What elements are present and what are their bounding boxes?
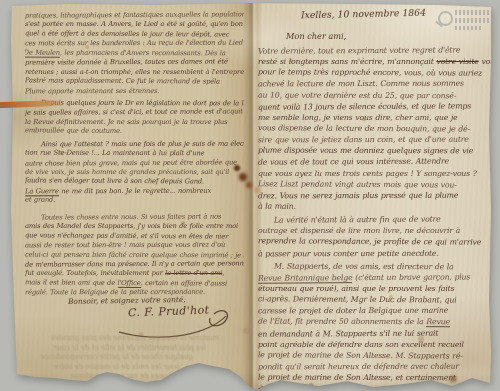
struck-phrase: la lettre d'un ami: [165, 269, 222, 277]
handwriting-text: celui-ci qui pensera bien fâché croire q…: [25, 250, 244, 259]
handwriting-line: au 10, que votre dernière est du 25, que…: [258, 90, 494, 102]
handwriting-line: Votre dernière, tout en exprimant votre …: [258, 46, 494, 58]
handwriting-text: autre chose bien plus grave, mais qui ne…: [25, 158, 237, 167]
handwriting-text: mais il est bien ami que de: [25, 278, 118, 287]
handwriting-paragraph: pratiques, lithographiques et fantastiqu…: [25, 11, 244, 96]
handwriting-text: sire que vous le jetiez dans un coin, et…: [258, 135, 469, 145]
handwriting-text: faudra s'en déloger tout livre à son che…: [25, 177, 204, 186]
handwriting-text: quent voilà 13 jours de silence écoulés,…: [258, 101, 471, 111]
handwriting-text: achevé la lecture de mon Liszt. Comme no…: [258, 79, 464, 89]
handwriting-text: ,: [222, 269, 224, 277]
handwriting-line: s'est portée en masse. A Anvers, le Lied…: [25, 20, 244, 29]
handwriting-text: à la main.: [258, 202, 296, 211]
underlined-phrase: l'Office: [117, 279, 140, 288]
handwriting-line: La vérité n'étant là à autre fin que de …: [258, 214, 494, 227]
handwriting-text: resté si longtemps sans m'écrire, m'anno…: [258, 57, 436, 66]
handwriting-text: Pastré mais applaudissement. Ce fut le m…: [25, 76, 220, 85]
handwriting-line: tion rue Ste-Denise !... La maintenant à…: [25, 149, 244, 159]
handwriting-text: drez. Vous ne serez jamais plus pressé q…: [258, 191, 458, 201]
handwriting-text: de vous et de tout ce qui vous intéresse…: [258, 157, 449, 167]
handwriting-text: Toutes les choses entre nous. Si vous fa…: [41, 212, 221, 221]
handwriting-line: et grand.: [25, 196, 244, 206]
handwriting-text: tion rue Ste-Denise !... La maintenant à…: [25, 149, 204, 158]
underlined-phrase: Revue: [426, 318, 450, 328]
handwriting-text: Ainsi que l'attestat ? mais une fois de …: [41, 139, 244, 148]
handwriting-line: étourneau que roué), ainsi que le prouve…: [258, 284, 494, 295]
handwriting-text: Lisez Liszt pendant vingt autres mois qu…: [258, 179, 457, 189]
handwriting-text: de l'État, fit prendre 50 abonnements de…: [258, 317, 426, 327]
struck-phrase: votre visite: [436, 57, 478, 66]
handwriting-text: en demandant à M. Stappaerts s'il ne lui…: [258, 328, 438, 338]
handwriting-line: fut aveuglé. Toutefois, inévitablement p…: [25, 269, 244, 278]
handwriting-text: Votre dernière, tout en exprimant votre …: [258, 46, 460, 56]
handwriting-text: s'est portée en masse. A Anvers, le Lied…: [25, 20, 243, 28]
handwriting-line: drez. Vous ne serez jamais plus pressé q…: [258, 190, 494, 202]
handwriting-line: achevé la lecture de mon Liszt. Comme no…: [258, 79, 494, 91]
handwriting-text: vous dispense de la lecture de mon bouqu…: [258, 123, 470, 133]
bleedthrough-line: quelque chose de la petite correspondanc…: [14, 353, 219, 363]
handwriting-text: et grand.: [25, 196, 55, 204]
handwriting-text: Plume apporte maintenant ses étrennes.: [25, 86, 159, 94]
handwriting-text: étourneau que roué), ainsi que le prouve…: [258, 284, 454, 293]
handwriting-text: que vous ayez lu mes trois cents pages !…: [258, 169, 477, 178]
handwriting-text: quel a été offert à des demoiselles le j…: [25, 29, 229, 38]
handwriting-text: aussi de rester tout bien-être ! mais pu…: [25, 241, 225, 250]
handwriting-line: Pastré mais applaudissement. Ce fut le m…: [25, 76, 244, 87]
handwriting-line: Plume apporte maintenant ses étrennes.: [25, 86, 244, 96]
handwriting-text: amis des Mandel des Stappaerts, j'y vois…: [25, 222, 238, 230]
watermark-logo: [436, 8, 494, 36]
handwriting-line: Lisez Liszt pendant vingt autres mois qu…: [258, 179, 494, 192]
handwriting-line: reprendre la correspondance, je profite …: [258, 237, 494, 250]
bleedthrough-line: votre tout dévoué serviteur et ami: [14, 382, 219, 391]
handwriting-paragraph: Toutes les choses entre nous. Si vous fa…: [25, 213, 244, 298]
watermark-text-bar: [455, 26, 481, 30]
handwriting-paragraph: La vérité n'étant là à autre fin que de …: [258, 215, 494, 260]
handwriting-line: pondit qu'il serait heureux de défendre …: [258, 362, 494, 374]
handwriting-text: reprendre la correspondance, je profite …: [258, 237, 481, 247]
handwriting-text: ces mots écrits sur les banderolles : Au…: [25, 39, 243, 48]
handwriting-text: me semble long, je viens vous dire, cher…: [258, 113, 458, 122]
letter-paper: Ixelles, 10 novembre 1864 Mon cher ami, …: [0, 0, 500, 391]
handwriting-text: pondit qu'il serait heureux de défendre …: [258, 362, 459, 372]
handwriting-text: au 10, que votre dernière est du 25, que…: [258, 90, 456, 100]
left-page: pratiques, lithographiques et fantastiqu…: [25, 11, 244, 303]
handwriting-text: première visite donnée à Bruxelles, tout…: [25, 58, 228, 67]
handwriting-text: la Revue définitivement. Je ne sais pour…: [25, 118, 227, 126]
bleedthrough-line: les plus honorables de la ville et de la…: [14, 344, 219, 354]
photo-frame: Ixelles, 10 novembre 1864 Mon cher ami, …: [0, 0, 500, 391]
handwriting-text: caresse le projet de doter la Belgique u…: [258, 306, 448, 316]
handwriting-line: Revue Britannique belge (c'étant un brav…: [258, 272, 494, 285]
handwriting-text: votre lettre: [479, 57, 494, 66]
handwriting-text: embrouillée que de coutume.: [25, 127, 122, 136]
handwriting-line: que vous ayez lu mes trois cents pages !…: [258, 169, 494, 180]
handwriting-paragraph: Ainsi que l'attestat ? mais une fois de …: [25, 140, 244, 206]
handwriting-text: je sais quelles affaires, si c'est d'ici…: [25, 108, 244, 117]
handwriting-text: le projet de marine de Son Altesse, et c…: [258, 373, 456, 383]
watermark-text-bar: [455, 10, 491, 15]
underlined-phrase: Revue Britannique belge: [258, 273, 353, 284]
foxing-spots: [0, 0, 2, 2]
handwriting-line: de l'État, fit prendre 50 abonnements de…: [258, 317, 494, 329]
bleedthrough-line: madame la musique ancienne des plus gran…: [14, 334, 219, 344]
handwriting-text: pratiques, lithographiques et fantastiqu…: [25, 11, 244, 20]
underlined-phrase: De Meulen: [25, 48, 60, 57]
handwriting-line: ces mots écrits sur les banderolles : Au…: [25, 39, 244, 49]
right-page: Votre dernière, tout en exprimant votre …: [258, 46, 494, 391]
ink-blots: [0, 0, 2, 2]
handwriting-line: me semble long, je viens vous dire, cher…: [258, 113, 494, 124]
handwriting-paragraph: M. Stappaerts, de vos amis, est directeu…: [258, 262, 494, 391]
handwriting-text: M. Stappaerts, de vos amis, est directeu…: [274, 261, 454, 271]
watermark-text-bar: [455, 18, 493, 23]
handwriting-text: outrage et dispensé de lire mon livre, n…: [258, 226, 460, 235]
handwriting-line: dit, en acceptant les abonnements, que a…: [258, 383, 494, 391]
handwriting-text: dit, en acceptant les abonnements, que a…: [258, 384, 476, 391]
handwriting-line: embrouillée que de coutume.: [25, 127, 244, 138]
handwriting-text: Depuis quelques jours le Dr en législati…: [41, 99, 244, 108]
handwriting-text: de vive voix, je suis homme de grandes p…: [25, 168, 229, 176]
handwriting-line: M. Stappaerts, de vos amis, est directeu…: [258, 261, 494, 273]
handwriting-text: à passer pour vous conter une petite ane…: [258, 248, 439, 258]
handwriting-line: amis des Mandel des Stappaerts, j'y vois…: [25, 222, 244, 231]
handwriting-text: (c'étant un brave garçon, plus: [352, 272, 470, 282]
handwriting-line: à passer pour vous conter une petite ane…: [258, 248, 494, 260]
handwriting-text: pour le temps très rapproché encore, vou…: [258, 68, 482, 78]
handwriting-text: de m'embarrasser dans ma présence. Il n'…: [25, 259, 244, 268]
handwriting-text: le projet de marine de Son Altesse. M. S…: [258, 350, 463, 360]
handwriting-line: point agréable de défendre dans son exce…: [258, 340, 494, 351]
handwriting-text: point agréable de défendre dans son exce…: [258, 340, 464, 349]
handwriting-line: quent voilà 13 jours de silence écoulés,…: [258, 101, 494, 114]
handwriting-text: plume disposée vous me donniez quelques …: [258, 146, 473, 156]
handwriting-text: La vérité n'étant là à autre fin que de …: [274, 215, 441, 225]
dateline: Ixelles, 10 novembre 1864: [301, 8, 426, 22]
handwriting-paragraph: Votre dernière, tout en exprimant votre …: [258, 46, 494, 213]
verso-bleedthrough: madame la musique ancienne des plus gran…: [14, 334, 219, 390]
handwriting-line: à la main.: [258, 202, 494, 214]
handwriting-text: , certain en affaire d'aussi: [141, 279, 227, 288]
handwriting-text: retenues ; aussi a-t-on triomphé, elles …: [25, 68, 244, 76]
bleedthrough-line: bien des choses de ma part à madame: [14, 372, 219, 382]
handwriting-text: fut aveuglé. Toutefois, inévitablement p…: [25, 269, 165, 277]
handwriting-line: aussi de rester tout bien-être ! mais pu…: [25, 241, 244, 251]
salutation: Mon cher ami,: [286, 31, 346, 41]
handwriting-text: que vous n'échangez pas d'amitié, et s'i…: [25, 231, 228, 240]
handwriting-text: ne me dit pas bon. Je le regrette... nom…: [59, 187, 211, 195]
bleedthrough-line: pour les amis de la maison de votre: [14, 363, 219, 373]
paper-shadow-wrap: Ixelles, 10 novembre 1864 Mon cher ami, …: [0, 0, 500, 391]
handwriting-text: ci-après. Dernièrement, Mgr le Duc de Br…: [258, 294, 456, 304]
handwriting-line: en demandant à M. Stappaerts s'il ne lui…: [258, 328, 494, 341]
handwriting-line: de vous et de tout ce qui vous intéresse…: [258, 157, 494, 170]
handwriting-text: , les pharmaciens d'Anvers reconnaissant…: [60, 49, 226, 58]
